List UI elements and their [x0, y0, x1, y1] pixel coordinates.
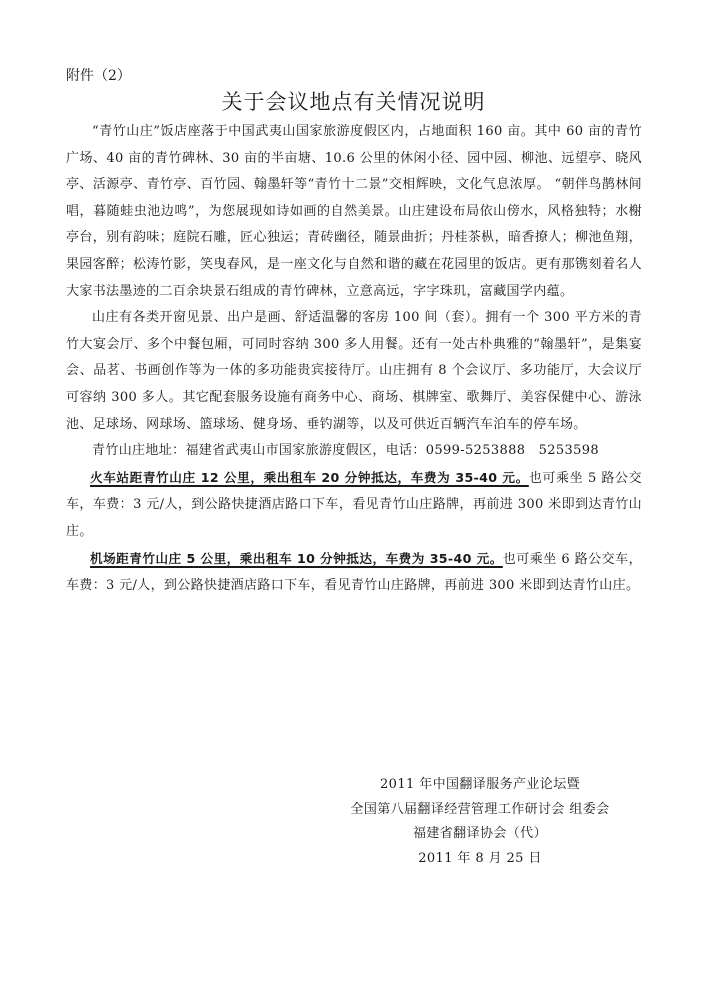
paragraph-facilities: 山庄有各类开窗见景、出户是画、舒适温馨的客房 100 间（套）。拥有一个 300… [66, 305, 642, 438]
signature-date: 2011 年 8 月 25 日 [320, 847, 640, 872]
document-page: 附件（2） 关于会议地点有关情况说明 “青竹山庄”饭店座落于中国武夷山国家旅游度… [0, 0, 707, 1000]
airport-directions-highlight: 机场距青竹山庄 5 公里，乘出租车 10 分钟抵达，车费为 35-40 元。 [90, 551, 503, 566]
document-title: 关于会议地点有关情况说明 [0, 86, 707, 116]
document-body: “青竹山庄”饭店座落于中国武夷山国家旅游度假区内，占地面积 160 亩。其中 6… [66, 119, 642, 600]
signature-organizer-line3: 福建省翻译协会（代） [320, 822, 640, 847]
paragraph-address: 青竹山庄地址：福建省武夷山市国家旅游度假区，电话：0599-5253888 52… [66, 438, 642, 465]
attachment-label: 附件（2） [66, 65, 131, 85]
signature-organizer-line1: 2011 年中国翻译服务产业论坛暨 [320, 773, 640, 798]
train-directions-highlight: 火车站距青竹山庄 12 公里，乘出租车 20 分钟抵达，车费为 35-40 元。 [90, 470, 529, 485]
paragraph-train-directions: 火车站距青竹山庄 12 公里，乘出租车 20 分钟抵达，车费为 35-40 元。… [66, 465, 642, 546]
paragraph-overview: “青竹山庄”饭店座落于中国武夷山国家旅游度假区内，占地面积 160 亩。其中 6… [66, 119, 642, 305]
signature-block: 2011 年中国翻译服务产业论坛暨 全国第八届翻译经营管理工作研讨会 组委会 福… [320, 773, 640, 871]
signature-organizer-line2: 全国第八届翻译经营管理工作研讨会 组委会 [320, 798, 640, 823]
paragraph-airport-directions: 机场距青竹山庄 5 公里，乘出租车 10 分钟抵达，车费为 35-40 元。也可… [66, 546, 642, 600]
